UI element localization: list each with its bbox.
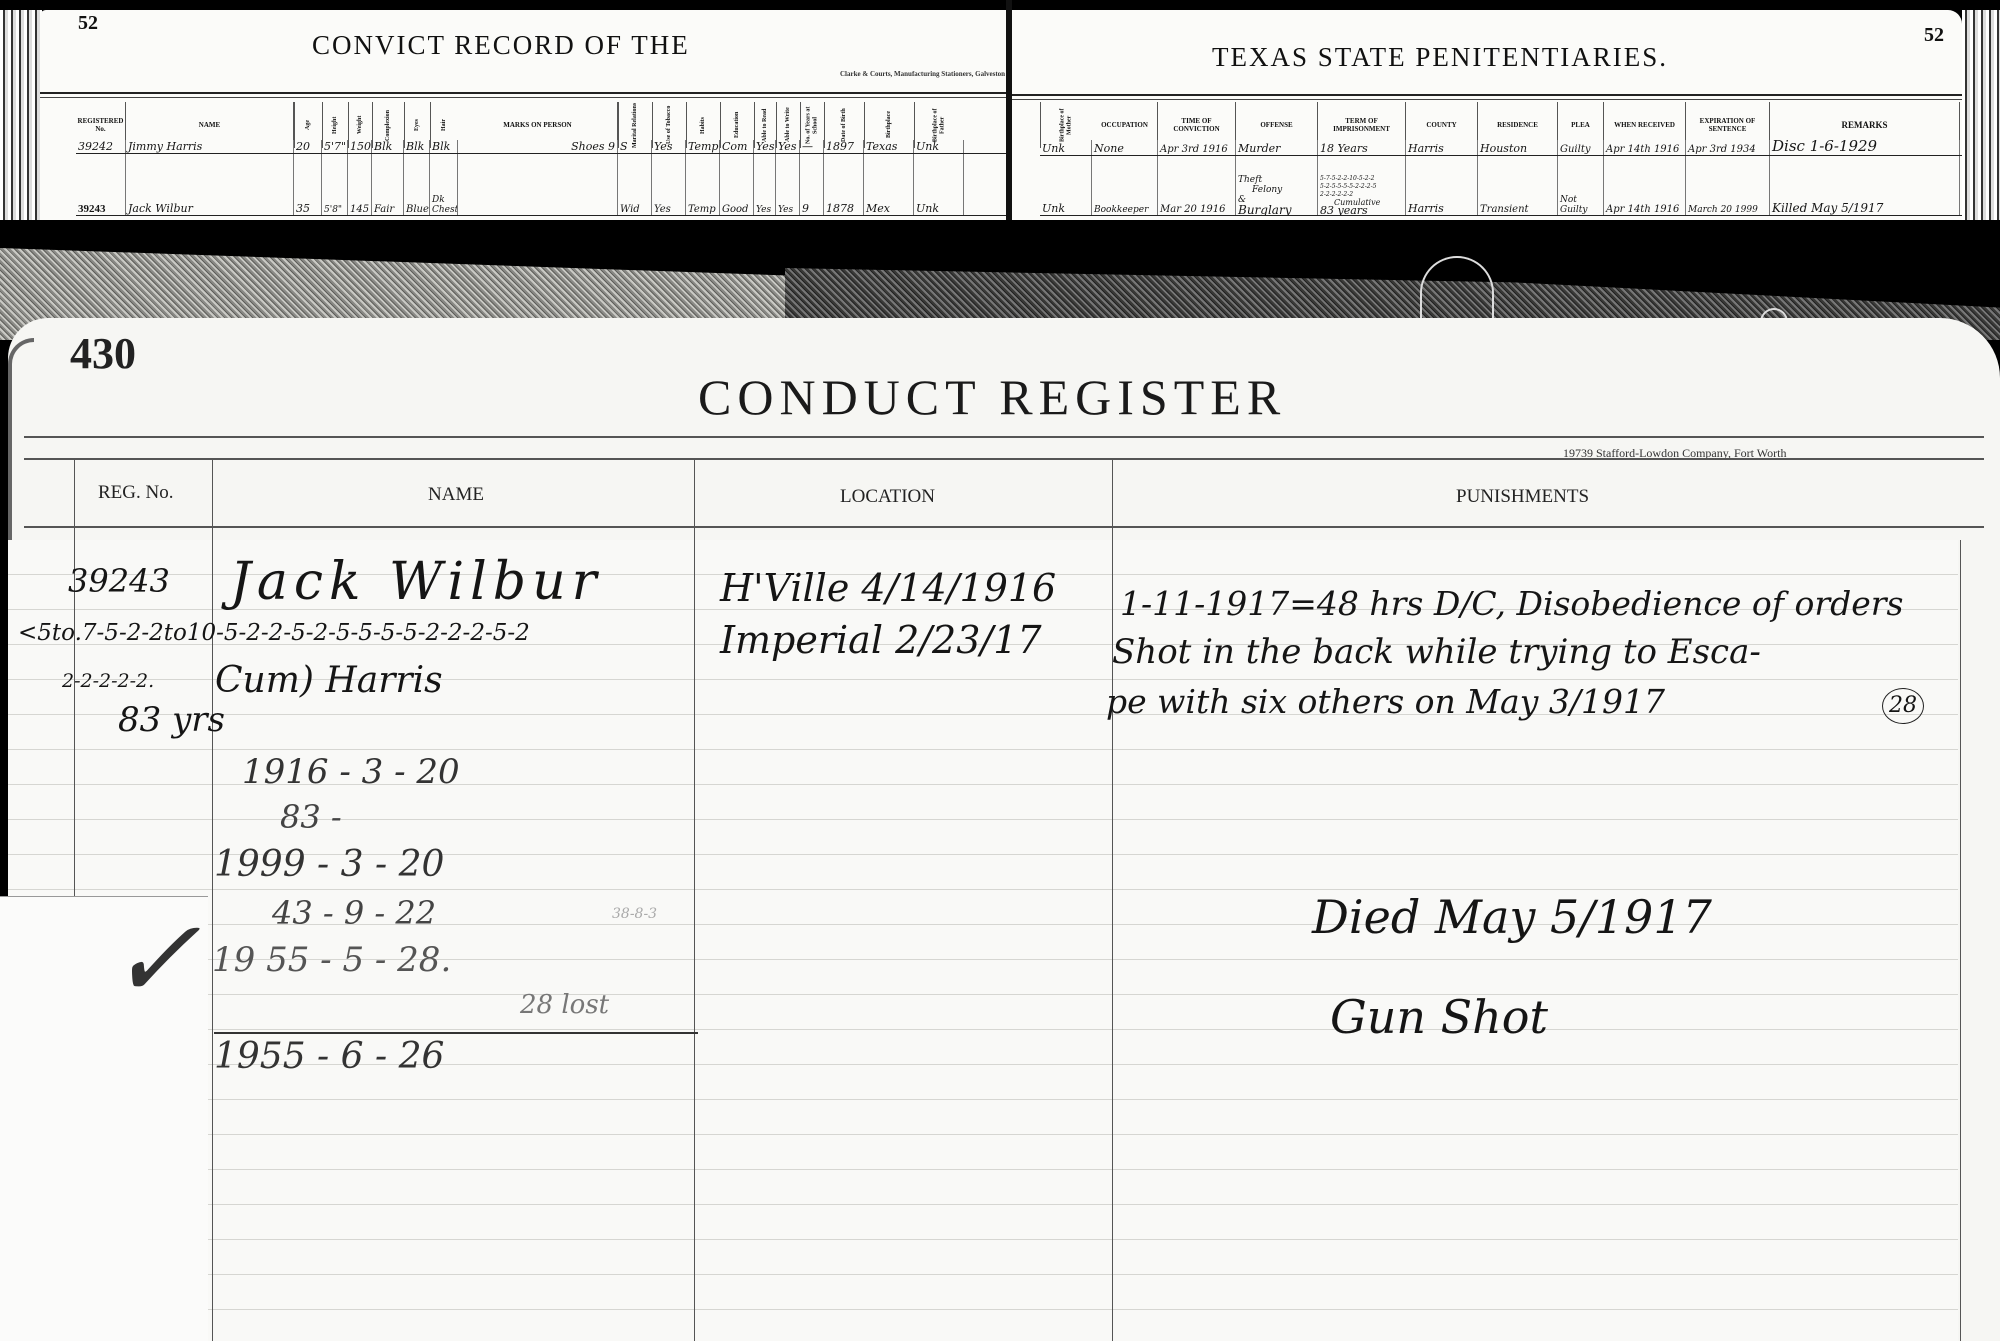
header-punishments: PUNISHMENTS bbox=[1456, 486, 1589, 508]
page-number-left: 52 bbox=[78, 12, 98, 35]
convict-record-right-page: TEXAS STATE PENITENTIARIES. 52 Birthplac… bbox=[1012, 10, 1962, 220]
cell-age: 20 bbox=[294, 140, 322, 153]
entry-cum-county: Cum) Harris bbox=[215, 660, 443, 701]
entry-total-years: 83 yrs bbox=[118, 700, 225, 740]
location-line-1: H'Ville 4/14/1916 bbox=[720, 566, 1056, 610]
offense-line: Theft bbox=[1238, 175, 1262, 185]
cell-reg-no: 39243 bbox=[76, 154, 126, 215]
cell-habits: Temp bbox=[686, 154, 720, 215]
cell-name: Jimmy Harris bbox=[126, 140, 294, 153]
double-rule bbox=[1012, 94, 1962, 100]
death-note: Died May 5/1917 bbox=[1312, 890, 1712, 944]
calc-sum-rule bbox=[214, 1032, 698, 1034]
cell-remarks: Killed May 5/1917 bbox=[1770, 156, 1960, 215]
cell-tobacco: Yes bbox=[652, 140, 686, 153]
term-line: 5-7-5-2-2-10-5-2-2 bbox=[1320, 175, 1374, 183]
calc-side-note: 38-8-3 bbox=[612, 906, 657, 922]
cell-offense: Theft Felony & Burglary bbox=[1236, 156, 1318, 215]
calc-line: 28 lost bbox=[520, 990, 609, 1020]
cell-weight: 145 bbox=[348, 154, 372, 215]
punishment-line-1: 1-11-1917=48 hrs D/C, Disobedience of or… bbox=[1120, 584, 1904, 623]
printer-credit: Clarke & Courts, Manufacturing Stationer… bbox=[840, 70, 1005, 78]
calc-line: 43 - 9 - 22 bbox=[272, 894, 436, 932]
cell-years-school: 9 bbox=[800, 154, 824, 215]
term-line: 83 years bbox=[1320, 207, 1368, 215]
cell-education: Good bbox=[720, 154, 754, 215]
cell-occupation: None bbox=[1092, 140, 1158, 155]
double-rule bbox=[40, 92, 1008, 98]
cell-conviction: Mar 20 1916 bbox=[1158, 156, 1236, 215]
cell-write: Yes bbox=[776, 140, 800, 153]
cell-offense: Murder bbox=[1236, 140, 1318, 155]
punishment-line-2: Shot in the back while trying to Esca- bbox=[1112, 632, 1761, 672]
header-rule bbox=[24, 526, 1984, 528]
cell-marks: See List Tat: Nude form of woman with in… bbox=[458, 154, 618, 215]
cell-habits: Temp bbox=[686, 140, 720, 153]
cell-remarks: Disc 1-6-1929 bbox=[1770, 140, 1960, 155]
cell-height: 5'8" bbox=[322, 154, 348, 215]
cell-eyes: Blue bbox=[404, 154, 430, 215]
location-line-2: Imperial 2/23/17 bbox=[720, 618, 1042, 662]
punishment-line-3: pe with six others on May 3/1917 bbox=[1106, 682, 1665, 721]
cell-received: Apr 14th 1916 bbox=[1604, 140, 1686, 155]
column-divider bbox=[1960, 540, 1961, 1341]
convict-row-39243-right: Unk Bookkeeper Mar 20 1916 Theft Felony … bbox=[1040, 156, 1962, 216]
cell-write: Yes bbox=[776, 154, 800, 215]
cell-occupation: Bookkeeper bbox=[1092, 156, 1158, 215]
term-line: 5-2-5-5-5-5-2-2-2-5 bbox=[1320, 183, 1376, 191]
cell-name: Jack Wilbur bbox=[126, 154, 294, 215]
calc-line: 1916 - 3 - 20 bbox=[242, 752, 460, 792]
page-edges-right bbox=[1962, 10, 2000, 220]
cell-eyes: Blk bbox=[404, 140, 430, 153]
column-divider bbox=[1112, 460, 1113, 1341]
cell-father-birthplace: Unk bbox=[914, 140, 964, 153]
page-number-right: 52 bbox=[1924, 24, 1944, 47]
cell-residence: Houston bbox=[1478, 140, 1558, 155]
header-name: NAME bbox=[428, 484, 484, 506]
calc-line: 1955 - 6 - 26 bbox=[214, 1036, 444, 1077]
cell-mother-birthplace: Unk bbox=[1040, 156, 1092, 215]
cell-reg-no: 39242 bbox=[76, 140, 126, 153]
column-divider bbox=[694, 460, 695, 1341]
cell-age: 35 bbox=[294, 154, 322, 215]
cell-marks: Shoes 9 bbox=[458, 140, 618, 153]
page-edges-left bbox=[0, 10, 42, 220]
calc-line: 1999 - 3 - 20 bbox=[214, 844, 444, 885]
cell-expiration: Apr 3rd 1934 bbox=[1686, 140, 1770, 155]
convict-row-39242-right: Unk None Apr 3rd 1916 Murder 18 Years Ha… bbox=[1040, 140, 1962, 156]
cell-plea: Not Guilty bbox=[1558, 156, 1604, 215]
cell-hair: Blk bbox=[430, 140, 458, 153]
header-rule bbox=[24, 436, 1984, 438]
convict-record-left-page: 52 CONVICT RECORD OF THE Clarke & Courts… bbox=[40, 10, 1008, 220]
cause-of-death: Gun Shot bbox=[1330, 990, 1548, 1044]
convict-record-title-left: CONVICT RECORD OF THE bbox=[312, 30, 690, 61]
cell-height: 5'7" bbox=[322, 140, 348, 153]
cell-conviction: Apr 3rd 1916 bbox=[1158, 140, 1236, 155]
cell-birthplace: Texas bbox=[864, 140, 914, 153]
convict-record-title-right: TEXAS STATE PENITENTIARIES. bbox=[1212, 42, 1668, 73]
cell-father-birthplace: Unk bbox=[914, 154, 964, 215]
entry-name: Jack Wilbur bbox=[230, 552, 602, 612]
convict-record-strip: 52 CONVICT RECORD OF THE Clarke & Courts… bbox=[0, 0, 2000, 220]
cell-term: 5-7-5-2-2-10-5-2-2 5-2-5-5-5-5-2-2-2-5 2… bbox=[1318, 156, 1406, 215]
cell-term: 18 Years bbox=[1318, 140, 1406, 155]
cell-county: Harris bbox=[1406, 140, 1478, 155]
offense-line: Felony bbox=[1238, 185, 1282, 195]
convict-row-39242-left: 39242 Jimmy Harris 20 5'7" 150 Blk Blk B… bbox=[76, 140, 1008, 154]
cell-complexion: Fair bbox=[372, 154, 404, 215]
cell-read: Yes bbox=[754, 140, 776, 153]
register-page-number: 430 bbox=[70, 328, 136, 379]
circled-number: 28 bbox=[1882, 688, 1924, 724]
entry-sentence-line2: 2-2-2-2-2. bbox=[62, 670, 154, 692]
cell-complexion: Blk bbox=[372, 140, 404, 153]
calc-line: 83 - bbox=[280, 798, 342, 836]
cell-expiration: March 20 1999 bbox=[1686, 156, 1770, 215]
cell-dob: 1878 bbox=[824, 154, 864, 215]
calc-line: 19 55 - 5 - 28. bbox=[212, 940, 451, 980]
cell-education: Com bbox=[720, 140, 754, 153]
cell-years-school: — bbox=[800, 140, 824, 153]
offense-line: Burglary bbox=[1238, 205, 1291, 215]
convict-row-39243-left: 39243 Jack Wilbur 35 5'8" 145 Fair Blue … bbox=[76, 154, 1008, 216]
cell-county: Harris bbox=[1406, 156, 1478, 215]
cell-plea: Guilty bbox=[1558, 140, 1604, 155]
entry-reg-no: 39243 bbox=[68, 562, 170, 600]
cell-received: Apr 14th 1916 bbox=[1604, 156, 1686, 215]
entry-sentence-line1: <5to.7-5-2-2to10-5-2-2-5-2-5-5-5-5-2-2-2… bbox=[18, 620, 530, 646]
cell-hair: Dk Chest bbox=[430, 154, 458, 215]
header-rule bbox=[24, 458, 1984, 460]
cell-tobacco: Yes bbox=[652, 154, 686, 215]
register-title: CONDUCT REGISTER bbox=[698, 368, 1286, 426]
cell-marital: S bbox=[618, 140, 652, 153]
cell-read: Yes bbox=[754, 154, 776, 215]
cell-weight: 150 bbox=[348, 140, 372, 153]
cell-marital: Wid bbox=[618, 154, 652, 215]
cell-birthplace: Mex bbox=[864, 154, 914, 215]
header-reg-no: REG. No. bbox=[98, 482, 173, 504]
cell-dob: 1897 bbox=[824, 140, 864, 153]
cell-mother-birthplace: Unk bbox=[1040, 140, 1092, 155]
header-location: LOCATION bbox=[840, 486, 935, 508]
cell-residence: Transient bbox=[1478, 156, 1558, 215]
